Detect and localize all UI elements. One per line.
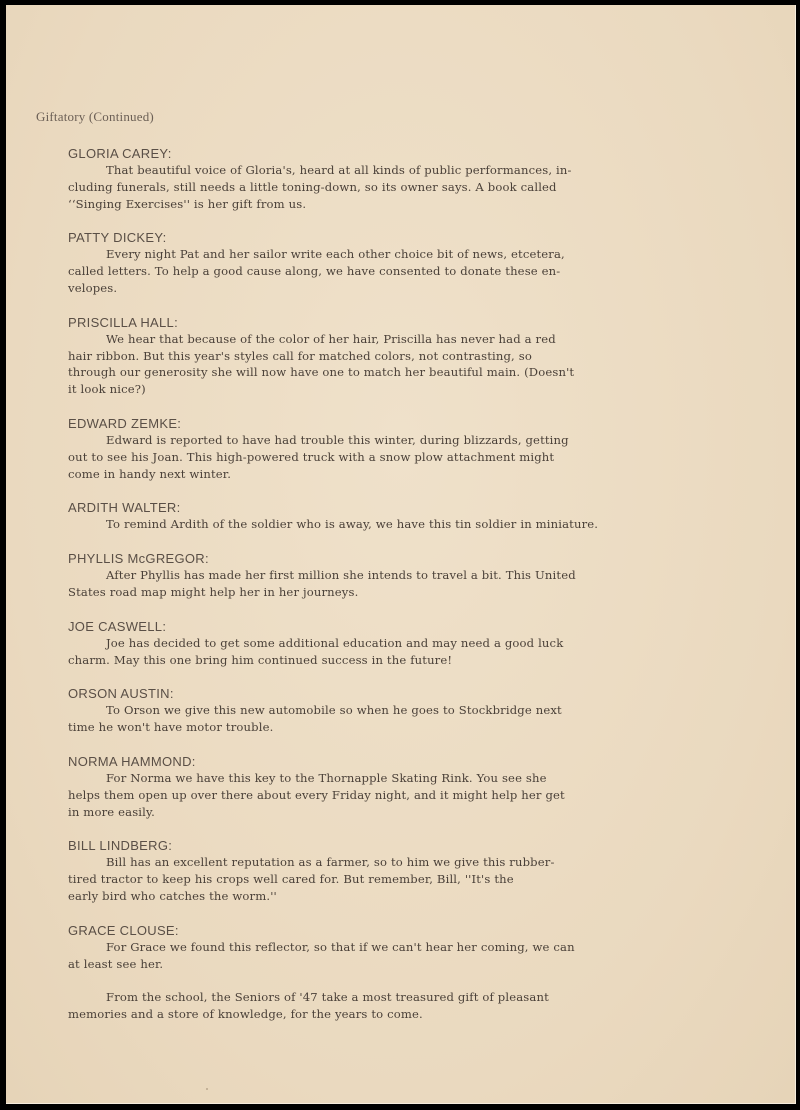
recipient-name: NORMA HAMMOND: — [68, 753, 758, 770]
gift-description: Every night Pat and her sailor write eac… — [68, 246, 758, 296]
gift-entry: BILL LINDBERG: Bill has an excellent rep… — [68, 837, 758, 904]
gift-entry: ARDITH WALTER: To remind Ardith of the s… — [68, 499, 758, 533]
gift-description: Joe has decided to get some additional e… — [68, 635, 758, 669]
gift-description: We hear that because of the color of her… — [68, 331, 758, 398]
recipient-name: GRACE CLOUSE: — [68, 922, 758, 939]
closing-paragraph: From the school, the Seniors of '47 take… — [68, 989, 758, 1023]
recipient-name: PHYLLIS McGREGOR: — [68, 550, 758, 567]
gift-entry: NORMA HAMMOND: For Norma we have this ke… — [68, 753, 758, 820]
paper-speck — [206, 1088, 208, 1090]
recipient-name: ARDITH WALTER: — [68, 499, 758, 516]
gift-description: To Orson we give this new automobile so … — [68, 702, 758, 736]
gift-description: That beautiful voice of Gloria's, heard … — [68, 162, 758, 212]
gift-description: Edward is reported to have had trouble t… — [68, 432, 758, 482]
gift-description: For Grace we found this reflector, so th… — [68, 939, 758, 973]
recipient-name: GLORIA CAREY: — [68, 145, 758, 162]
gift-entry: EDWARD ZEMKE: Edward is reported to have… — [68, 415, 758, 482]
recipient-name: PATTY DICKEY: — [68, 229, 758, 246]
gift-entry: GLORIA CAREY: That beautiful voice of Gl… — [68, 145, 758, 212]
recipient-name: ORSON AUSTIN: — [68, 685, 758, 702]
gift-description: To remind Ardith of the soldier who is a… — [68, 516, 758, 533]
recipient-name: PRISCILLA HALL: — [68, 314, 758, 331]
recipient-name: EDWARD ZEMKE: — [68, 415, 758, 432]
gift-description: After Phyllis has made her first million… — [68, 567, 758, 601]
recipient-name: JOE CASWELL: — [68, 618, 758, 635]
gift-entry: GRACE CLOUSE: For Grace we found this re… — [68, 922, 758, 973]
gift-entry: PHYLLIS McGREGOR: After Phyllis has made… — [68, 550, 758, 601]
gift-entry: JOE CASWELL: Joe has decided to get some… — [68, 618, 758, 669]
giftatory-list: GLORIA CAREY: That beautiful voice of Gl… — [68, 145, 758, 1023]
gift-entry: PRISCILLA HALL: We hear that because of … — [68, 314, 758, 398]
gift-entry: PATTY DICKEY: Every night Pat and her sa… — [68, 229, 758, 296]
document-page: Giftatory (Continued) GLORIA CAREY: That… — [6, 5, 796, 1104]
recipient-name: BILL LINDBERG: — [68, 837, 758, 854]
gift-entry: ORSON AUSTIN: To Orson we give this new … — [68, 685, 758, 736]
gift-description: For Norma we have this key to the Thorna… — [68, 770, 758, 820]
running-head: Giftatory (Continued) — [36, 109, 154, 125]
gift-description: Bill has an excellent reputation as a fa… — [68, 854, 758, 904]
